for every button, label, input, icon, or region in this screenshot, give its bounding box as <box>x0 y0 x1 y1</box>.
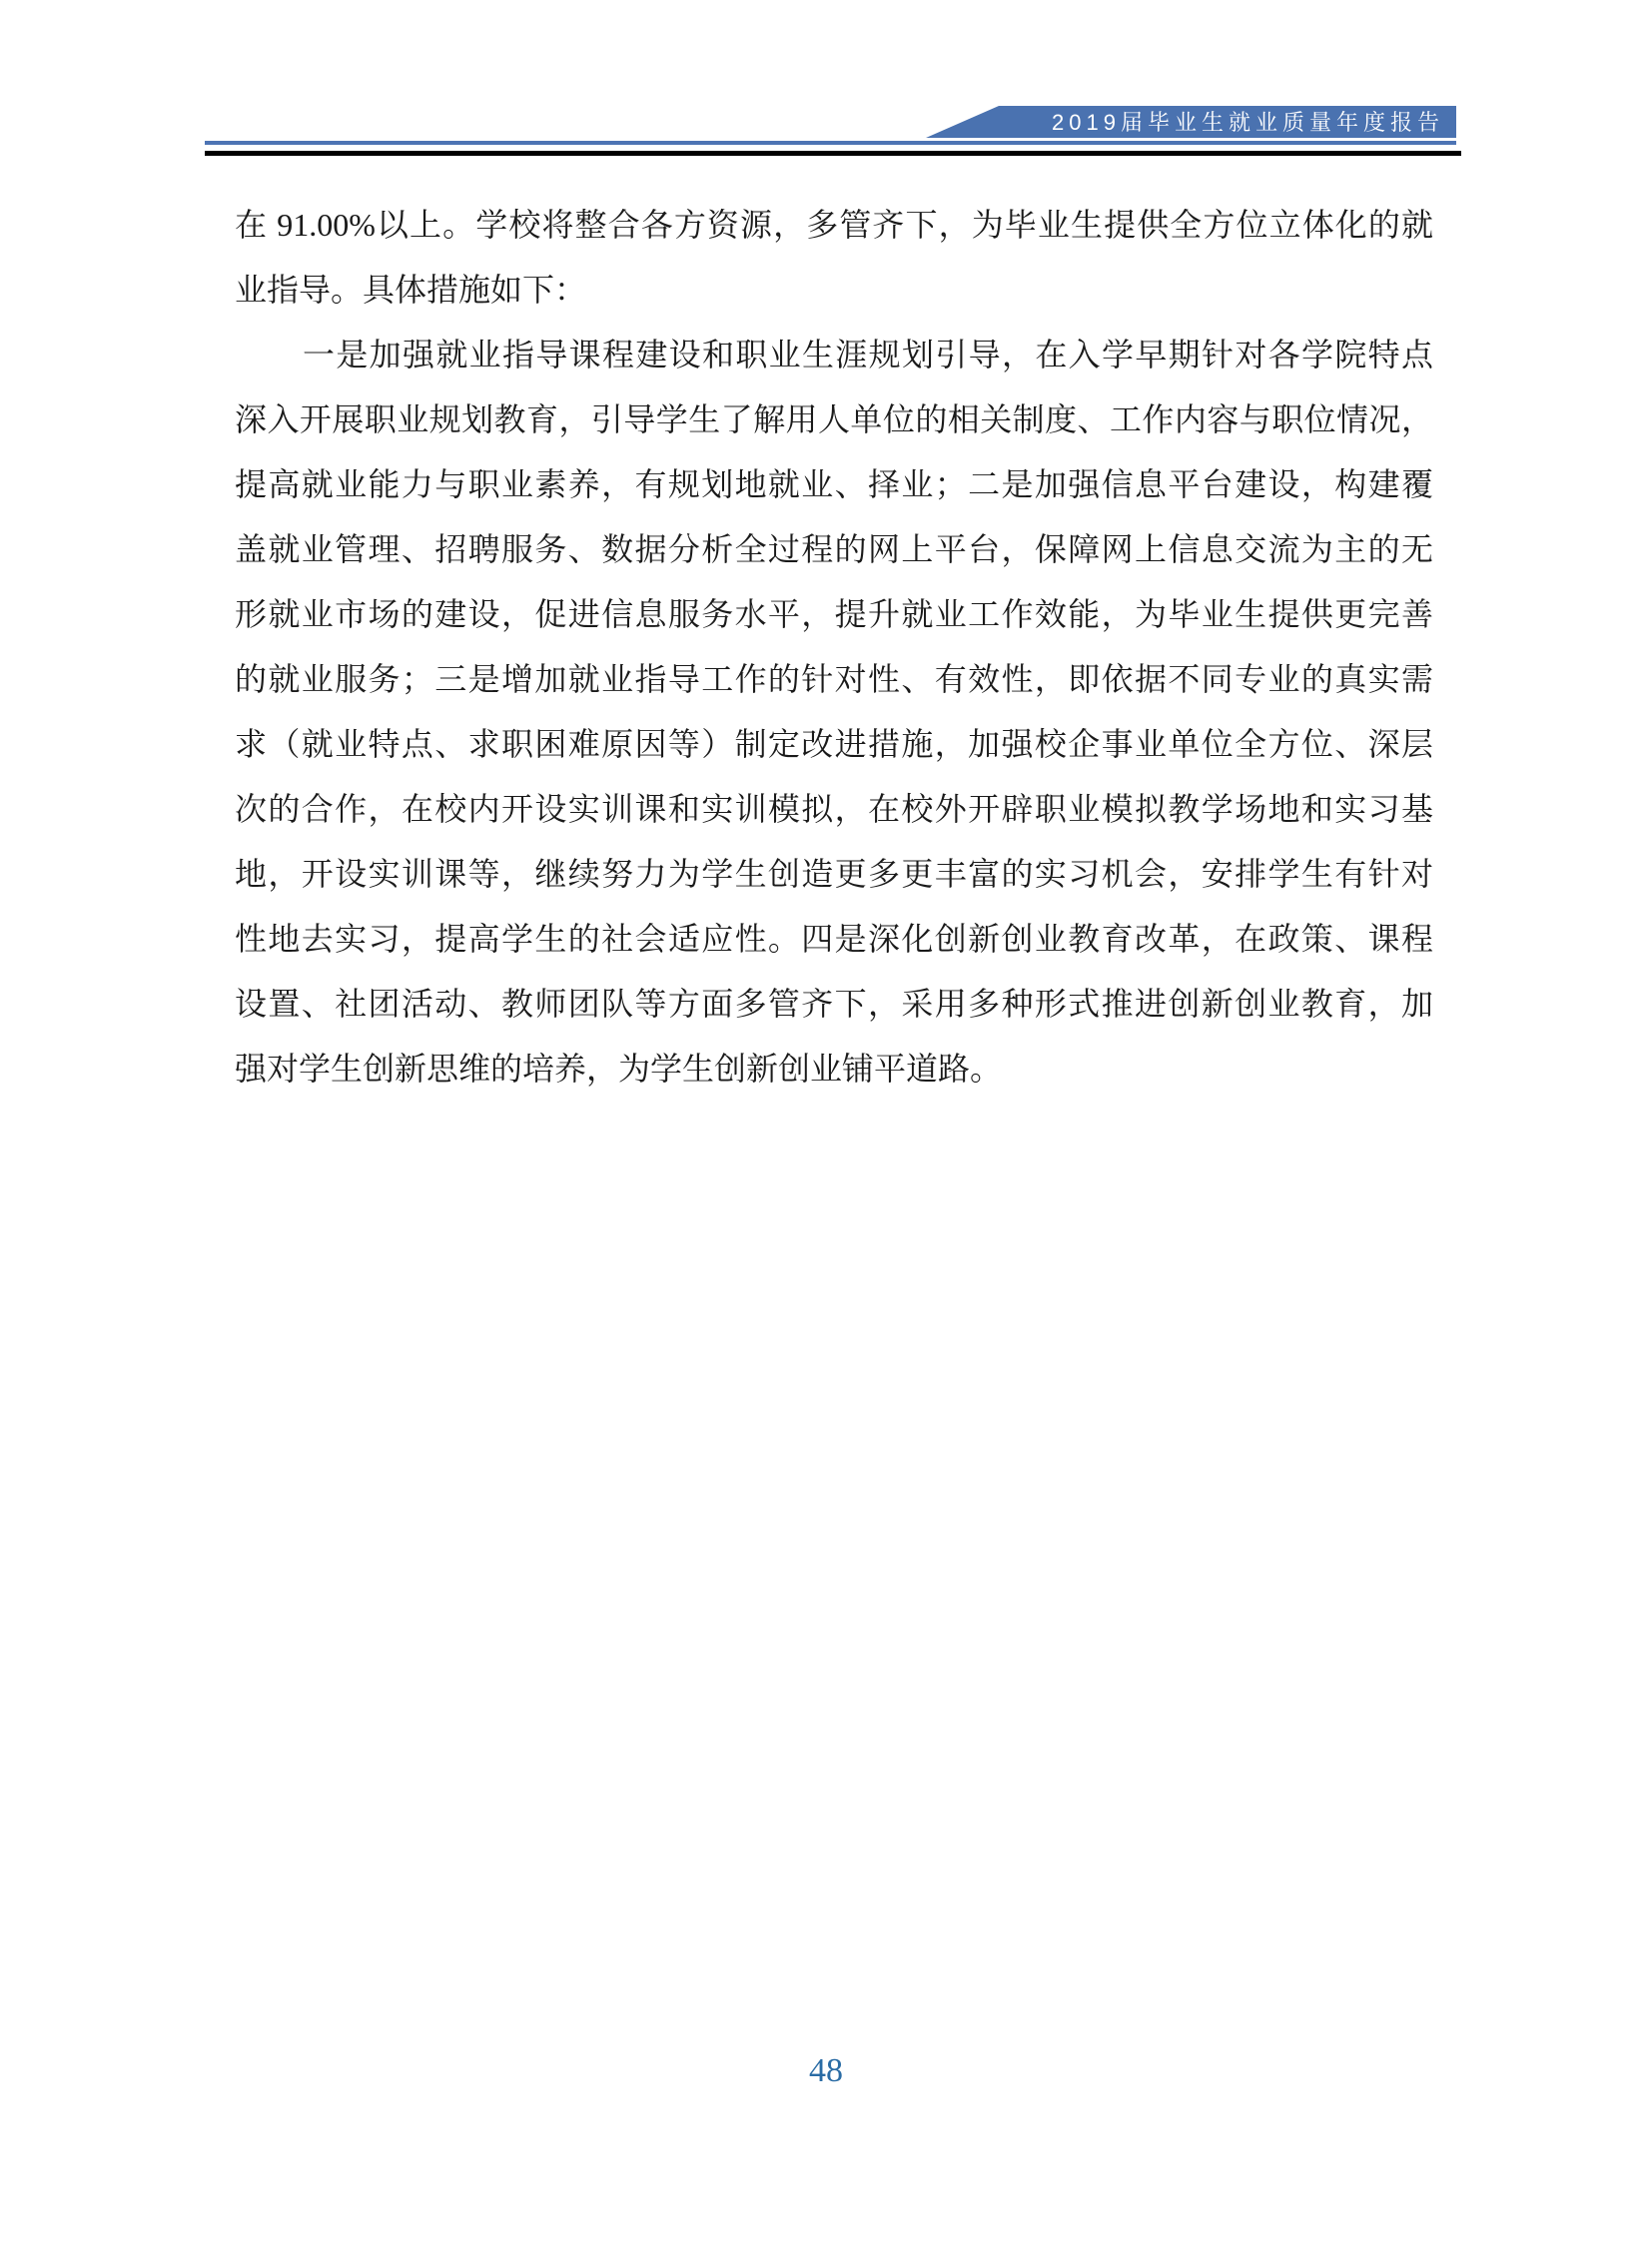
text-line: 求（就业特点、求职困难原因等）制定改进措施，加强校企事业单位全方位、深层 <box>235 712 1433 777</box>
body-text-block: 在 91.00%以上。学校将整合各方资源，多管齐下，为毕业生提供全方位立体化的就… <box>235 193 1433 1102</box>
text-line: 的就业服务；三是增加就业指导工作的针对性、有效性，即依据不同专业的真实需 <box>235 647 1433 712</box>
text-line: 次的合作，在校内开设实训课和实训模拟，在校外开辟职业模拟教学场地和实习基 <box>235 777 1433 842</box>
header-rule-black <box>205 151 1461 156</box>
text-line: 一是加强就业指导课程建设和职业生涯规划引导，在入学早期针对各学院特点 <box>235 323 1433 387</box>
report-title: 2019届毕业生就业质量年度报告 <box>926 106 1456 138</box>
text-line: 强对学生创新思维的培养，为学生创新创业铺平道路。 <box>235 1037 1433 1102</box>
text-line: 性地去实习，提高学生的社会适应性。四是深化创新创业教育改革，在政策、课程 <box>235 907 1433 972</box>
page-number: 48 <box>809 2051 843 2091</box>
text-line: 盖就业管理、招聘服务、数据分析全过程的网上平台，保障网上信息交流为主的无 <box>235 517 1433 582</box>
header-banner: 2019届毕业生就业质量年度报告 <box>926 106 1456 138</box>
text-line: 提高就业能力与职业素养，有规划地就业、择业；二是加强信息平台建设，构建覆 <box>235 452 1433 517</box>
text-line: 深入开展职业规划教育，引导学生了解用人单位的相关制度、工作内容与职位情况， <box>235 387 1433 452</box>
header-rule-blue <box>205 141 1456 145</box>
text-line: 设置、社团活动、教师团队等方面多管齐下，采用多种形式推进创新创业教育，加 <box>235 972 1433 1037</box>
text-line: 业指导。具体措施如下： <box>235 258 1433 323</box>
text-line: 地，开设实训课等，继续努力为学生创造更多更丰富的实习机会，安排学生有针对 <box>235 842 1433 907</box>
text-line: 形就业市场的建设，促进信息服务水平，提升就业工作效能，为毕业生提供更完善 <box>235 582 1433 647</box>
page-footer: 48 <box>0 2051 1652 2091</box>
text-line: 在 91.00%以上。学校将整合各方资源，多管齐下，为毕业生提供全方位立体化的就 <box>235 193 1433 258</box>
report-page: 2019届毕业生就业质量年度报告 在 91.00%以上。学校将整合各方资源，多管… <box>0 0 1652 2242</box>
